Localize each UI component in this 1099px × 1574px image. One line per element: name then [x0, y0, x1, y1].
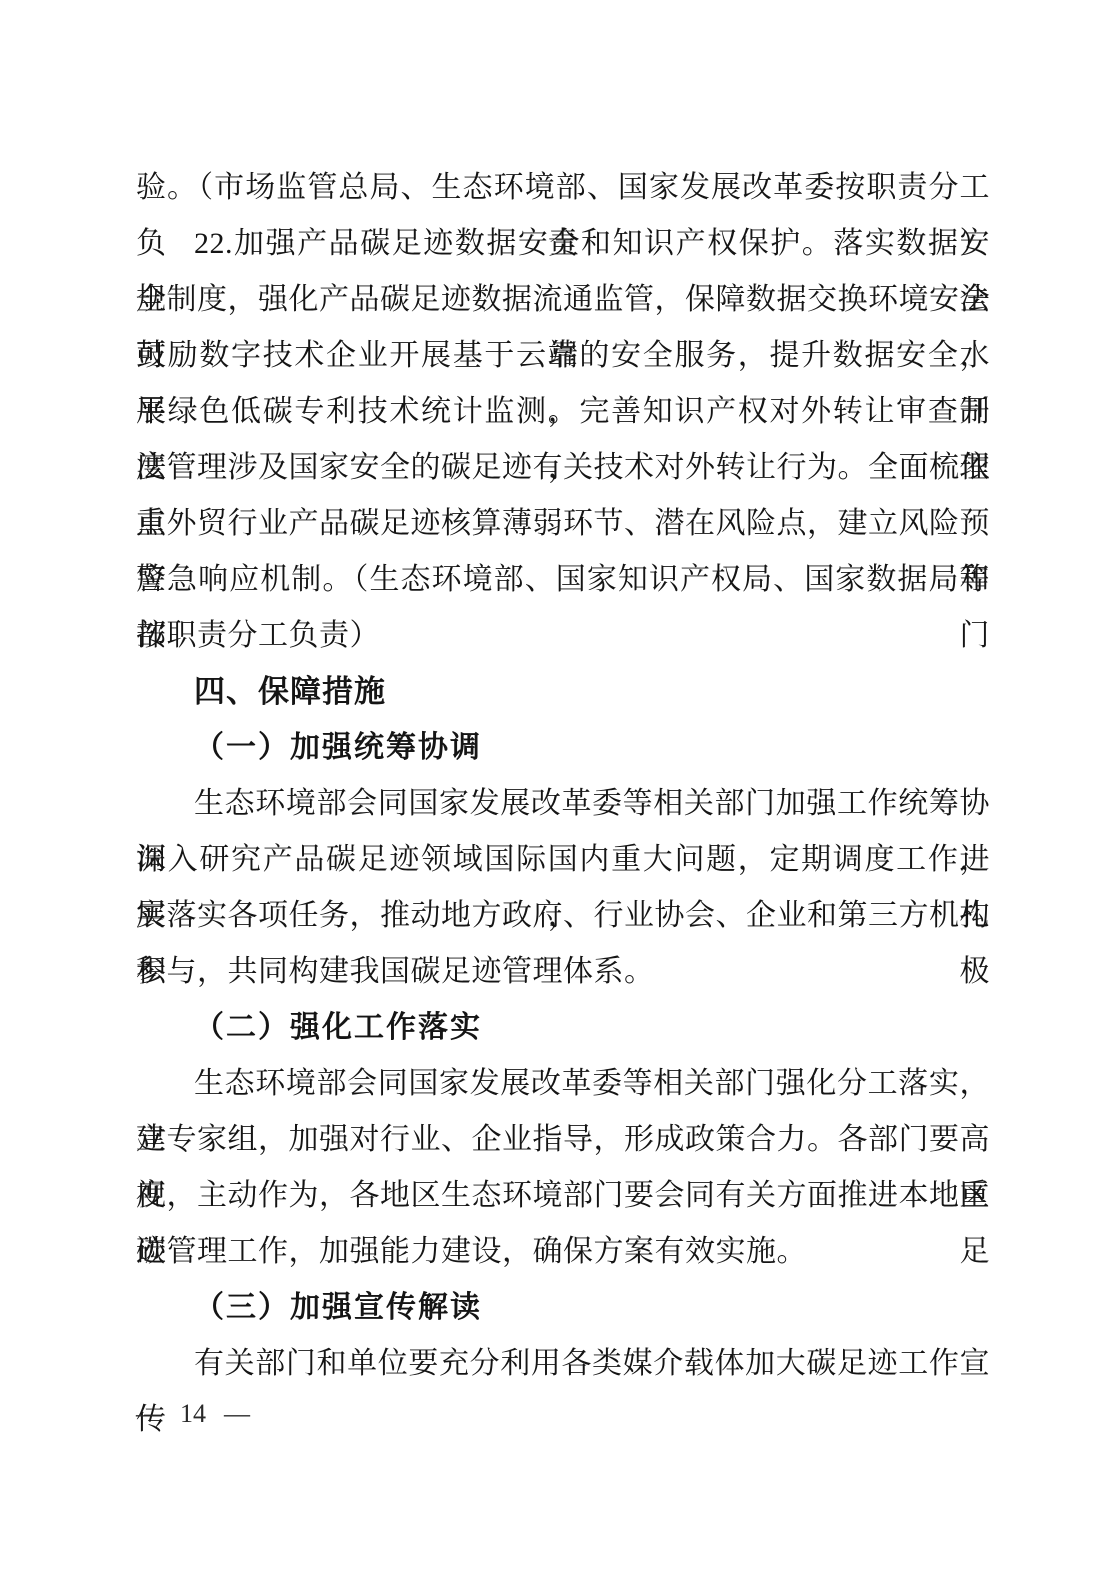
- body-line: 展绿色低碳专利技术统计监测，完善知识产权对外转让审查制度，依: [136, 384, 990, 440]
- subsection-heading-3: （三）加强宣传解读: [136, 1280, 990, 1336]
- subsection-heading-1: （一）加强统筹协调: [136, 720, 990, 776]
- body-line: 点外贸行业产品碳足迹核算薄弱环节、潜在风险点，建立风险预警和: [136, 496, 990, 552]
- footer-left-dash: —: [136, 1396, 162, 1432]
- body-line: 法管理涉及国家安全的碳足迹有关技术对外转让行为。全面梳理重: [136, 440, 990, 496]
- page-footer: —14—: [136, 1396, 250, 1432]
- body-line: 鼓励数字技术企业开展基于云端的安全服务，提升数据安全水平。开: [136, 328, 990, 384]
- body-line-item-22: 22.加强产品碳足迹数据安全和知识产权保护。落实数据安全法: [136, 216, 990, 272]
- body-line: 立专家组，加强对行业、企业指导，形成政策合力。各部门要高度重: [136, 1112, 990, 1168]
- document-body: 验。（市场监管总局、生态环境部、国家发展改革委按职责分工负责） 22.加强产品碳…: [136, 160, 990, 1392]
- body-line: 实落实各项任务，推动地方政府、行业协会、企业和第三方机构积极: [136, 888, 990, 944]
- body-line: 生态环境部会同国家发展改革委等相关部门加强工作统筹协调，: [136, 776, 990, 832]
- body-line: 有关部门和单位要充分利用各类媒介载体加大碳足迹工作宣传: [136, 1336, 990, 1392]
- body-line: 应急响应机制。（生态环境部、国家知识产权局、国家数据局等部门: [136, 552, 990, 608]
- page-number: 14: [180, 1396, 206, 1432]
- footer-right-dash: —: [224, 1396, 250, 1432]
- subsection-heading-2: （二）强化工作落实: [136, 1000, 990, 1056]
- body-line: 视，主动作为，各地区生态环境部门要会同有关方面推进本地区碳足: [136, 1168, 990, 1224]
- body-line: 生态环境部会同国家发展改革委等相关部门强化分工落实，建: [136, 1056, 990, 1112]
- body-line: 验。（市场监管总局、生态环境部、国家发展改革委按职责分工负责）: [136, 160, 990, 216]
- document-page: 验。（市场监管总局、生态环境部、国家发展改革委按职责分工负责） 22.加强产品碳…: [0, 0, 1099, 1574]
- body-line: 深入研究产品碳足迹领域国际国内重大问题，定期调度工作进展，扎: [136, 832, 990, 888]
- body-line: 规制度，强化产品碳足迹数据流通监管，保障数据交换环境安全可靠，: [136, 272, 990, 328]
- section-heading-4: 四、保障措施: [136, 664, 990, 720]
